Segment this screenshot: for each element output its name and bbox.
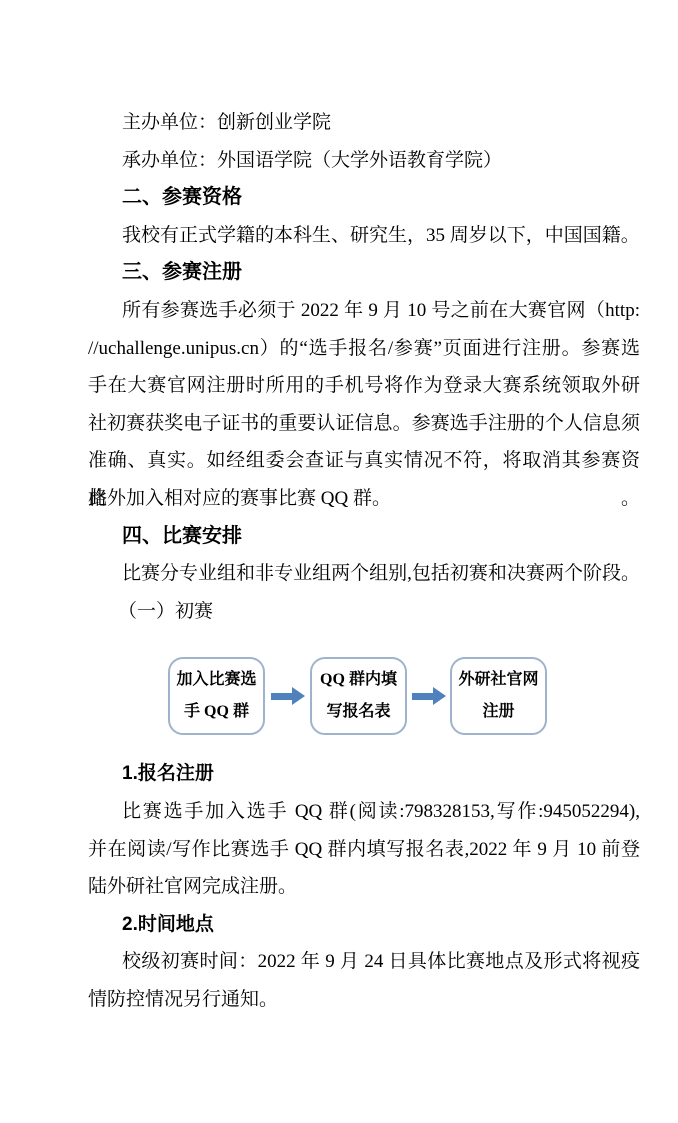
section-heading-registration: 三、参赛注册 <box>88 254 640 292</box>
registration-paragraph-line: 所有参赛选手必须于 2022 年 9 月 10 号之前在大赛官网（http: <box>88 292 640 330</box>
time-venue-paragraph-line: 情防控情况另行通知。 <box>88 981 640 1019</box>
signup-paragraph-line: 比赛选手加入选手 QQ 群(阅读:798328153,写作:945052294)… <box>88 793 640 831</box>
org-host-line: 主办单位：创新创业学院 <box>88 104 640 142</box>
subheading-signup: 1.报名注册 <box>88 755 640 793</box>
registration-paragraph-line: 社初赛获奖电子证书的重要认证信息。参赛选手注册的个人信息须 <box>88 405 640 443</box>
flow-step-fill-form: QQ 群内填 写报名表 <box>310 657 407 735</box>
flow-step-line: 外研社官网 <box>458 664 538 696</box>
flow-step-join-qq-group: 加入比赛选 手 QQ 群 <box>168 657 265 735</box>
registration-paragraph-line: //uchallenge.unipus.cn）的“选手报名/参赛”页面进行注册。… <box>88 330 640 368</box>
signup-paragraph-line: 并在阅读/写作比赛选手 QQ 群内填写报名表,2022 年 9 月 10 前登 <box>88 831 640 869</box>
flow-step-line: 手 QQ 群 <box>184 696 249 728</box>
arrow-right-icon <box>271 687 305 705</box>
registration-flowchart: 加入比赛选 手 QQ 群 QQ 群内填 写报名表 外研社官网 注册 <box>168 656 640 736</box>
document-page: 主办单位：创新创业学院 承办单位：外国语学院（大学外语教育学院） 二、参赛资格 … <box>0 0 678 1123</box>
flow-step-official-site-register: 外研社官网 注册 <box>450 657 547 735</box>
subheading-time-venue: 2.时间地点 <box>88 906 640 944</box>
flow-step-line: 加入比赛选 <box>176 664 256 696</box>
org-undertaker-line: 承办单位：外国语学院（大学外语教育学院） <box>88 142 640 180</box>
signup-paragraph-line: 陆外研社官网完成注册。 <box>88 868 640 906</box>
document-content: 主办单位：创新创业学院 承办单位：外国语学院（大学外语教育学院） 二、参赛资格 … <box>88 104 640 1018</box>
flow-step-line: QQ 群内填 <box>320 664 397 696</box>
section-heading-eligibility: 二、参赛资格 <box>88 179 640 217</box>
eligibility-text: 我校有正式学籍的本科生、研究生，35 周岁以下，中国国籍。 <box>88 217 640 255</box>
section-heading-arrangement: 四、比赛安排 <box>88 518 640 556</box>
flow-step-line: 注册 <box>482 696 514 728</box>
time-venue-paragraph-line: 校级初赛时间：2022 年 9 月 24 日具体比赛地点及形式将视疫 <box>88 943 640 981</box>
arrangement-text: 比赛分专业组和非专业组两个组别,包括初赛和决赛两个阶段。 <box>88 555 640 593</box>
subsection-preliminary-label: （一）初赛 <box>88 593 640 631</box>
registration-paragraph-line: 手在大赛官网注册时所用的手机号将作为登录大赛系统领取外研 <box>88 367 640 405</box>
registration-paragraph-line: 准确、真实。如经组委会查证与真实情况不符，将取消其参赛资格。 <box>88 442 640 480</box>
flow-step-line: 写报名表 <box>326 696 390 728</box>
arrow-right-icon <box>412 687 446 705</box>
